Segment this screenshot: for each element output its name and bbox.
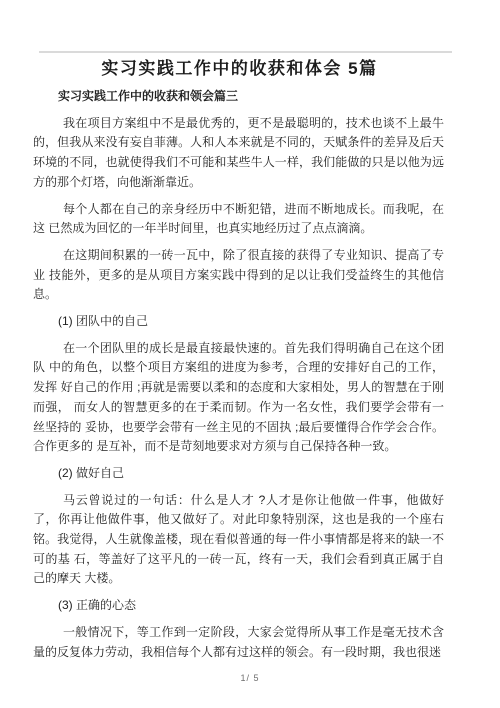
document-body: 实习实践工作中的收获和领会篇三 我在项目方案组中不是最优秀的，更不是最聪明的，技… xyxy=(33,87,444,669)
list-heading-team: (1) 团队中的自己 xyxy=(33,312,444,332)
document-title: 实习实践工作中的收获和体会 5篇 xyxy=(33,54,446,79)
paragraph-intro: 我在项目方案组中不是最优秀的，更不是最聪明的，技术也谈不上最牛 的，但我从来没有… xyxy=(33,114,444,193)
page-number: 1/ 5 xyxy=(0,673,500,683)
list-heading-mindset: (3) 正确的心态 xyxy=(33,596,444,616)
paragraph-gains: 在这期间积累的一砖一瓦中，除了很直接的获得了专业知识、提高了专业 技能外，更多的… xyxy=(33,246,444,305)
list-heading-self: (2) 做好自己 xyxy=(33,464,444,484)
paragraph-mindset: 一般情况下，等工作到一定阶段，大家会觉得所从事工作是毫无技术含量的反复体力劳动，… xyxy=(33,623,444,662)
section-subtitle: 实习实践工作中的收获和领会篇三 xyxy=(33,87,444,107)
paragraph-growth: 每个人都在自己的亲身经历中不断犯错，进而不断地成长。而我呢，在这 已然成为回忆的… xyxy=(33,200,444,239)
top-divider-line xyxy=(39,51,452,53)
paragraph-team: 在一个团队里的成长是最直接最快速的。首先我们得明确自己在这个团队 中的角色，以整… xyxy=(33,339,444,457)
paragraph-self: 马云曾说过的一句话：什么是人才 ?人才是你让他做一件事，他做好了，你再让他做件事… xyxy=(33,491,444,590)
document-page: 实习实践工作中的收获和体会 5篇 实习实践工作中的收获和领会篇三 我在项目方案组… xyxy=(0,0,500,708)
